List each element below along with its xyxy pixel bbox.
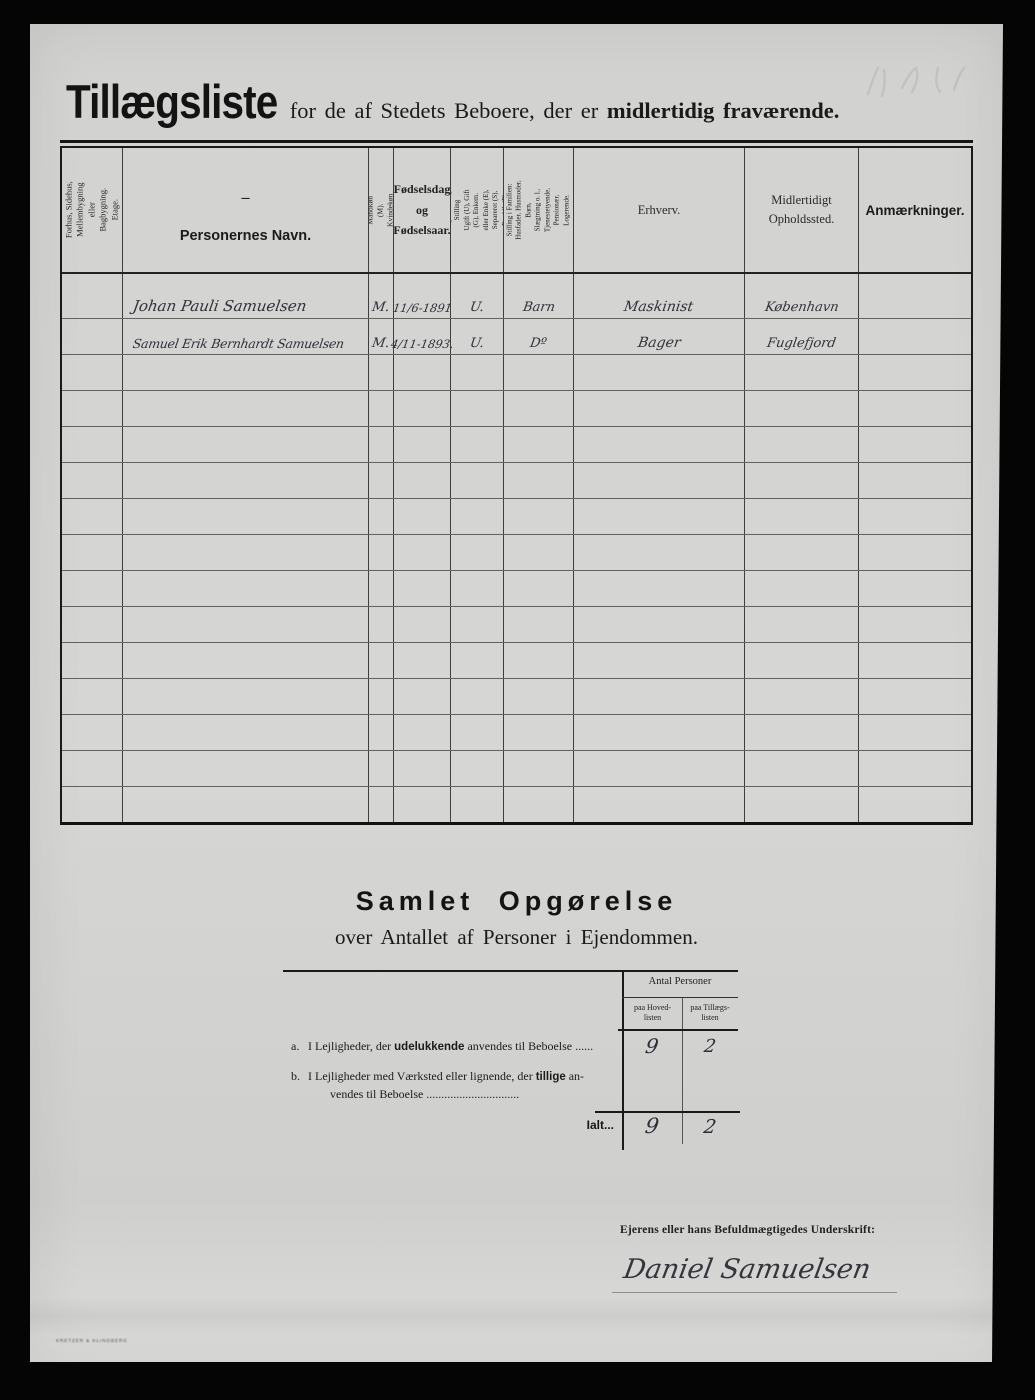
summary-row-a: a. I Lejligheder, der udelukkende anvend…: [291, 1038, 616, 1056]
cell-family: [504, 355, 574, 390]
cell-name: [123, 391, 369, 426]
table-row: [62, 355, 971, 391]
table-row: [62, 679, 971, 715]
cell-sex: [369, 787, 394, 822]
cell-building: [62, 643, 123, 678]
cell-building: [62, 679, 123, 714]
header-cell-name: – Personernes Navn.: [123, 148, 369, 272]
cell-building: [62, 391, 123, 426]
handwritten-sex: M.: [371, 300, 391, 315]
cell-residence: Fuglefjord: [745, 319, 859, 354]
cell-occupation: [574, 391, 745, 426]
table-body: Johan Pauli SamuelsenM.11/6-1891U.BarnMa…: [62, 274, 971, 822]
cell-occupation: [574, 679, 745, 714]
summary-col-group-rule: [622, 997, 738, 998]
cell-remarks: [859, 274, 971, 318]
cell-name: [123, 571, 369, 606]
cell-occupation: Maskinist: [574, 274, 745, 318]
header-marital-label: Ægteskabelig Stilling Ugift (U), Gift (G…: [451, 184, 504, 236]
cell-building: [62, 427, 123, 462]
row-b-text-bold: tillige: [536, 1071, 566, 1083]
cell-occupation: [574, 499, 745, 534]
total-value-suppllist: 2: [683, 1116, 736, 1138]
cell-family: [504, 643, 574, 678]
cell-name: Johan Pauli Samuelsen: [123, 274, 369, 318]
cell-remarks: [859, 355, 971, 390]
summary-top-rule: [283, 970, 738, 972]
header-cell-occupation: Erhverv.: [574, 148, 745, 272]
row-b-text-line2: vendes til Beboelse ....................…: [308, 1086, 584, 1102]
cell-sex: [369, 427, 394, 462]
cell-occupation: [574, 787, 745, 822]
cell-building: [62, 319, 123, 354]
cell-marital: [451, 535, 504, 570]
cell-name: [123, 715, 369, 750]
header-sex-label: Kønnet Mandkøn (M). Kvindekøn (K).: [369, 193, 394, 226]
cell-name: [123, 751, 369, 786]
title-subtitle-pre: for de af Stedets Beboere, der er: [290, 98, 607, 123]
cell-name: [123, 499, 369, 534]
table-row: [62, 751, 971, 787]
cell-residence: [745, 499, 859, 534]
table-row: [62, 463, 971, 499]
cell-remarks: [859, 391, 971, 426]
cell-sex: [369, 391, 394, 426]
cell-family: Barn: [504, 274, 574, 318]
cell-occupation: [574, 463, 745, 498]
cell-family: [504, 427, 574, 462]
cell-family: [504, 499, 574, 534]
cell-birth: [394, 607, 451, 642]
cell-building: [62, 463, 123, 498]
cell-residence: [745, 787, 859, 822]
paper: Tillægsliste for de af Stedets Beboere, …: [30, 24, 1003, 1362]
handwritten-occupation: Maskinist: [623, 299, 695, 315]
cell-name: [123, 535, 369, 570]
cell-sex: M.: [369, 274, 394, 318]
row-b-text-pre: I Lejligheder med Værksted eller lignend…: [308, 1069, 536, 1083]
cell-residence: [745, 355, 859, 390]
cell-sex: [369, 607, 394, 642]
row-a-text-pre: I Lejligheder, der: [308, 1039, 394, 1053]
cell-residence: [745, 535, 859, 570]
cell-building: [62, 715, 123, 750]
table-row: [62, 499, 971, 535]
cell-remarks: [859, 427, 971, 462]
handwritten-name: Johan Pauli Samuelsen: [132, 297, 308, 315]
total-rule: [595, 1111, 740, 1113]
handwritten-occupation: Bager: [636, 335, 681, 351]
cell-occupation: [574, 535, 745, 570]
header-cell-birth: Fødselsdag og Fødselsaar.: [394, 148, 451, 272]
cell-remarks: [859, 571, 971, 606]
summary-header-rule: [618, 1029, 738, 1031]
cell-residence: [745, 427, 859, 462]
header-occupation-label: Erhverv.: [638, 203, 681, 218]
header-birth-label: Fødselsdag og Fødselsaar.: [394, 179, 451, 240]
table-row: [62, 427, 971, 463]
title-subtitle: for de af Stedets Beboere, der er midler…: [290, 98, 840, 124]
cell-residence: København: [745, 274, 859, 318]
title-main: Tillægsliste: [66, 74, 277, 129]
cell-residence: [745, 715, 859, 750]
pencil-scribble: [850, 50, 990, 120]
cell-occupation: [574, 643, 745, 678]
cell-family: [504, 787, 574, 822]
cell-sex: [369, 751, 394, 786]
signature-rule: [612, 1292, 897, 1293]
cell-family: [504, 679, 574, 714]
cell-birth: [394, 535, 451, 570]
row-a-text: I Lejligheder, der udelukkende anvendes …: [308, 1038, 593, 1056]
cell-remarks: [859, 535, 971, 570]
cell-remarks: [859, 499, 971, 534]
cell-building: [62, 535, 123, 570]
cell-building: [62, 499, 123, 534]
cell-marital: [451, 643, 504, 678]
cell-family: [504, 391, 574, 426]
table-row: [62, 787, 971, 822]
handwritten-sex: M.: [371, 336, 391, 351]
cell-building: [62, 274, 123, 318]
summary-col-group-label: Antal Personer: [622, 976, 738, 987]
cell-name: [123, 355, 369, 390]
cell-sex: [369, 643, 394, 678]
cell-marital: [451, 715, 504, 750]
cell-remarks: [859, 607, 971, 642]
cell-building: [62, 355, 123, 390]
cell-remarks: [859, 751, 971, 786]
cell-occupation: [574, 571, 745, 606]
header-name-dash: –: [242, 190, 250, 206]
signature-value: Daniel Samuelsen: [621, 1254, 873, 1285]
scanned-page: Tillægsliste for de af Stedets Beboere, …: [0, 0, 1035, 1400]
cell-sex: [369, 463, 394, 498]
summary-subheading: over Antallet af Personer i Ejendommen.: [30, 925, 1003, 950]
cell-marital: [451, 355, 504, 390]
row-a-prefix: a.: [291, 1038, 308, 1056]
cell-name: [123, 643, 369, 678]
header-cell-marital: Ægteskabelig Stilling Ugift (U), Gift (G…: [451, 148, 504, 272]
cell-sex: [369, 571, 394, 606]
header-cell-remarks: Anmærkninger.: [859, 148, 971, 272]
total-value-mainlist: 9: [620, 1114, 684, 1138]
printer-mark: KRETZER & KLINGBERG: [56, 1338, 128, 1343]
cell-residence: [745, 679, 859, 714]
cell-name: [123, 787, 369, 822]
cell-birth: [394, 751, 451, 786]
cell-sex: [369, 535, 394, 570]
cell-birth: [394, 715, 451, 750]
handwritten-birth: 11/6-1891: [391, 301, 452, 315]
signature-label: Ejerens eller hans Befuldmægtigedes Unde…: [620, 1224, 920, 1236]
table-row: [62, 535, 971, 571]
handwritten-marital: U.: [469, 300, 485, 315]
cell-name: [123, 463, 369, 498]
handwritten-residence: Fuglefjord: [766, 336, 837, 351]
row-a-value-suppllist: 2: [683, 1036, 736, 1057]
cell-birth: 11/6-1891: [394, 274, 451, 318]
header-remarks-label: Anmærkninger.: [865, 203, 964, 218]
row-a-value-mainlist: 9: [620, 1034, 684, 1058]
row-b-text-post: an-: [566, 1069, 584, 1083]
cell-residence: [745, 571, 859, 606]
cell-building: [62, 751, 123, 786]
cell-family: [504, 751, 574, 786]
cell-birth: [394, 355, 451, 390]
row-a-text-bold: udelukkende: [394, 1041, 464, 1053]
cell-residence: [745, 463, 859, 498]
header-cell-building: Forhus, Sidehus, Mellembygning eller Bag…: [62, 148, 123, 272]
cell-marital: [451, 787, 504, 822]
cell-occupation: [574, 751, 745, 786]
cell-building: [62, 607, 123, 642]
table-header: Forhus, Sidehus, Mellembygning eller Bag…: [62, 148, 971, 274]
cell-occupation: [574, 607, 745, 642]
title-subtitle-bold: midlertidig fraværende.: [607, 98, 840, 123]
cell-remarks: [859, 319, 971, 354]
cell-sex: [369, 715, 394, 750]
cell-occupation: [574, 427, 745, 462]
cell-marital: [451, 427, 504, 462]
header-cell-sex: Kønnet Mandkøn (M). Kvindekøn (K).: [369, 148, 394, 272]
cell-marital: [451, 607, 504, 642]
cell-marital: [451, 391, 504, 426]
row-b-text: I Lejligheder med Værksted eller lignend…: [308, 1068, 584, 1102]
table-row: [62, 715, 971, 751]
summary-row-b: b. I Lejligheder med Værksted eller lign…: [291, 1068, 621, 1102]
table-row: [62, 391, 971, 427]
table-row: [62, 607, 971, 643]
cell-birth: [394, 463, 451, 498]
total-label: Ialt...: [550, 1118, 614, 1132]
cell-birth: [394, 427, 451, 462]
cell-sex: [369, 499, 394, 534]
cell-marital: [451, 499, 504, 534]
cell-marital: [451, 571, 504, 606]
row-b-prefix: b.: [291, 1068, 308, 1102]
cell-residence: [745, 751, 859, 786]
cell-residence: [745, 607, 859, 642]
cell-marital: U.: [451, 319, 504, 354]
handwritten-marital: U.: [469, 336, 485, 351]
cell-marital: [451, 463, 504, 498]
cell-residence: [745, 643, 859, 678]
table-row: Samuel Erik Bernhardt SamuelsenM.4/11-18…: [62, 319, 971, 355]
cell-family: [504, 715, 574, 750]
cell-marital: [451, 751, 504, 786]
cell-occupation: Bager: [574, 319, 745, 354]
cell-building: [62, 787, 123, 822]
header-family-label: Stilling i Familien: Husfader, Husmoder,…: [505, 176, 571, 245]
table-row: [62, 643, 971, 679]
cell-occupation: [574, 715, 745, 750]
cell-marital: U.: [451, 274, 504, 318]
summary-heading: Samlet Opgørelse: [30, 886, 1003, 917]
header-cell-residence: Midlertidigt Opholdssted.: [745, 148, 859, 272]
header-residence-label: Midlertidigt Opholdssted.: [769, 191, 835, 229]
cell-family: [504, 535, 574, 570]
cell-name: [123, 679, 369, 714]
cell-birth: [394, 571, 451, 606]
cell-birth: [394, 499, 451, 534]
cell-sex: [369, 355, 394, 390]
title-rule: [60, 140, 973, 143]
cell-name: [123, 427, 369, 462]
cell-name: Samuel Erik Bernhardt Samuelsen: [123, 319, 369, 354]
cell-sex: [369, 679, 394, 714]
cell-name: [123, 607, 369, 642]
cell-birth: [394, 787, 451, 822]
census-table: Forhus, Sidehus, Mellembygning eller Bag…: [60, 146, 973, 825]
cell-marital: [451, 679, 504, 714]
handwritten-family: Dº: [529, 336, 548, 351]
cell-remarks: [859, 463, 971, 498]
cell-remarks: [859, 679, 971, 714]
handwritten-birth: 4/11-1893.: [390, 337, 455, 351]
cell-remarks: [859, 787, 971, 822]
cell-birth: [394, 679, 451, 714]
handwritten-residence: København: [764, 300, 840, 315]
header-building-label: Forhus, Sidehus, Mellembygning eller Bag…: [63, 180, 120, 240]
cell-residence: [745, 391, 859, 426]
row-a-text-post: anvendes til Beboelse ......: [464, 1039, 593, 1053]
table-row: [62, 571, 971, 607]
cell-birth: [394, 643, 451, 678]
cell-family: Dº: [504, 319, 574, 354]
header-cell-family: Stilling i Familien: Husfader, Husmoder,…: [504, 148, 574, 272]
cell-family: [504, 463, 574, 498]
cell-occupation: [574, 355, 745, 390]
cell-birth: [394, 391, 451, 426]
cell-building: [62, 571, 123, 606]
header-name-label: Personernes Navn.: [180, 228, 311, 244]
cell-remarks: [859, 643, 971, 678]
cell-family: [504, 607, 574, 642]
handwritten-name: Samuel Erik Bernhardt Samuelsen: [132, 336, 345, 351]
summary-col-suppl-label: paa Tillægs- listen: [683, 1003, 737, 1023]
table-row: Johan Pauli SamuelsenM.11/6-1891U.BarnMa…: [62, 274, 971, 319]
cell-birth: 4/11-1893.: [394, 319, 451, 354]
handwritten-family: Barn: [521, 300, 555, 315]
cell-remarks: [859, 715, 971, 750]
scan-shading: [30, 1296, 1003, 1336]
cell-family: [504, 571, 574, 606]
summary-col-main-label: paa Hoved- listen: [624, 1003, 681, 1023]
